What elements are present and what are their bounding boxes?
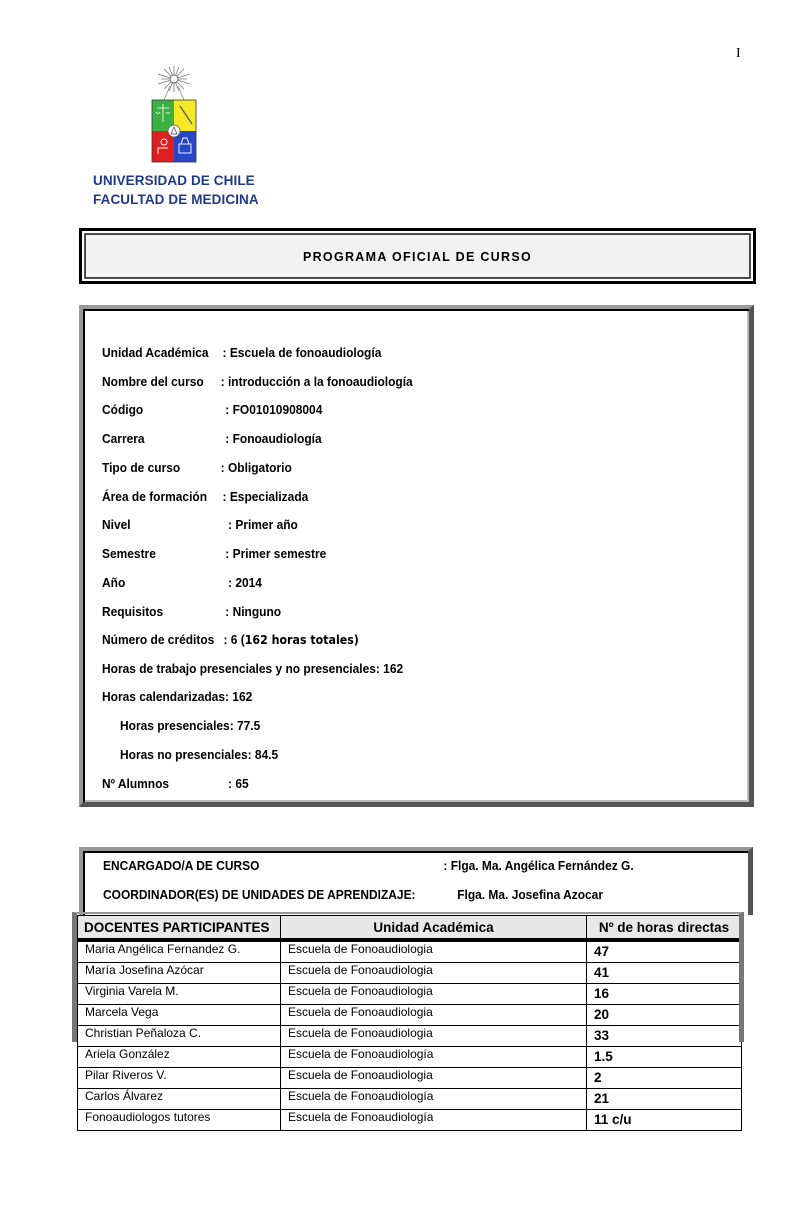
header-unidad: Unidad Académica [281,916,587,941]
table-row: Maria Angélica Fernandez G.Escuela de Fo… [78,940,742,963]
table-row: Ariela GonzálezEscuela de Fonoaudiología… [78,1047,742,1068]
header-horas: Nº de horas directas [587,916,742,941]
info-horas-calendarizadas: Horas calendarizadas: 162 [102,689,252,704]
docente-unit: Escuela de Fonoaudiologia [281,1005,587,1026]
table-row: Pilar Riveros V.Escuela de Fonoaudiologi… [78,1068,742,1089]
docente-name: Christian Peñaloza C. [78,1026,281,1047]
info-codigo: Código : FO01010908004 [102,402,143,417]
docente-unit: Escuela de Fonoaudiologia [281,940,587,963]
docente-unit: Escuela de Fonoaudiologia [281,984,587,1005]
table-row: Virginia Varela M.Escuela de Fonoaudiolo… [78,984,742,1005]
info-requisitos: Requisitos : Ninguno [102,604,163,619]
docente-name: Pilar Riveros V. [78,1068,281,1089]
docentes-table: DOCENTES PARTICIPANTES Unidad Académica … [77,915,742,1131]
info-area-formacion: Área de formación : Especializada [102,489,207,504]
docente-name: Fonoaudiologos tutores [78,1110,281,1131]
info-anio: Año : 2014 [102,575,125,590]
docente-hours: 1.5 [587,1047,742,1068]
docente-name: Ariela González [78,1047,281,1068]
course-info-box: Unidad Académica : Escuela de fonoaudiol… [79,305,754,807]
info-horas-no-presenciales: Horas no presenciales: 84.5 [120,747,278,762]
course-staff-box: ENCARGADO/A DE CURSO : Flga. Ma. Angélic… [79,847,753,915]
table-row: Fonoaudiologos tutoresEscuela de Fonoaud… [78,1110,742,1131]
university-crest-icon [150,64,198,164]
docente-hours: 11 c/u [587,1110,742,1131]
table-row: Carlos ÁlvarezEscuela de Fonoaudiología2… [78,1089,742,1110]
info-nombre-curso: Nombre del curso : introducción a la fon… [102,374,204,389]
header-docentes: DOCENTES PARTICIPANTES [78,916,281,941]
docente-hours: 16 [587,984,742,1005]
docente-hours: 47 [587,940,742,963]
university-name-block: UNIVERSIDAD DE CHILE FACULTAD DE MEDICIN… [93,171,259,209]
docente-unit: Escuela de Fonoaudiologia [281,1068,587,1089]
info-tipo-curso: Tipo de curso : Obligatorio [102,460,180,475]
info-nivel: Nivel : Primer año [102,517,131,532]
table-row: Christian Peñaloza C.Escuela de Fonoaudi… [78,1026,742,1047]
docente-hours: 21 [587,1089,742,1110]
docente-unit: Escuela de Fonoaudiología [281,1110,587,1131]
info-horas-presenciales: Horas presenciales: 77.5 [120,718,260,733]
total-hours: 162 horas totales) [245,633,359,647]
table-header-row: DOCENTES PARTICIPANTES Unidad Académica … [78,916,742,941]
university-name: UNIVERSIDAD DE CHILE [93,171,259,190]
info-unidad-academica: Unidad Académica : Escuela de fonoaudiol… [102,345,209,360]
faculty-name: FACULTAD DE MEDICINA [93,190,259,209]
docente-name: Carlos Álvarez [78,1089,281,1110]
docente-hours: 2 [587,1068,742,1089]
info-horas-trabajo: Horas de trabajo presenciales y no prese… [102,661,403,676]
document-title: PROGRAMA OFICIAL DE CURSO [82,250,753,264]
page-number: I [736,46,741,62]
info-creditos: Número de créditos : 6 (162 horas totale… [102,632,214,647]
docente-hours: 41 [587,963,742,984]
info-carrera: Carrera : Fonoaudiología [102,431,145,446]
encargado-row: ENCARGADO/A DE CURSO : Flga. Ma. Angélic… [103,858,259,873]
table-row: Marcela VegaEscuela de Fonoaudiologia20 [78,1005,742,1026]
table-row: María Josefina AzócarEscuela de Fonoaudi… [78,963,742,984]
docente-name: María Josefina Azócar [78,963,281,984]
docente-name: Marcela Vega [78,1005,281,1026]
info-semestre: Semestre : Primer semestre [102,546,156,561]
docente-unit: Escuela de Fonoaudiologia [281,1026,587,1047]
docente-hours: 20 [587,1005,742,1026]
title-box: PROGRAMA OFICIAL DE CURSO [79,228,756,284]
docente-unit: Escuela de Fonoaudiologia [281,963,587,984]
docente-unit: Escuela de Fonoaudiología [281,1089,587,1110]
docente-name: Maria Angélica Fernandez G. [78,940,281,963]
docente-unit: Escuela de Fonoaudiología [281,1047,587,1068]
docente-name: Virginia Varela M. [78,984,281,1005]
info-alumnos: Nº Alumnos : 65 [102,776,169,791]
docente-hours: 33 [587,1026,742,1047]
coordinador-row: COORDINADOR(ES) DE UNIDADES DE APRENDIZA… [103,887,416,902]
